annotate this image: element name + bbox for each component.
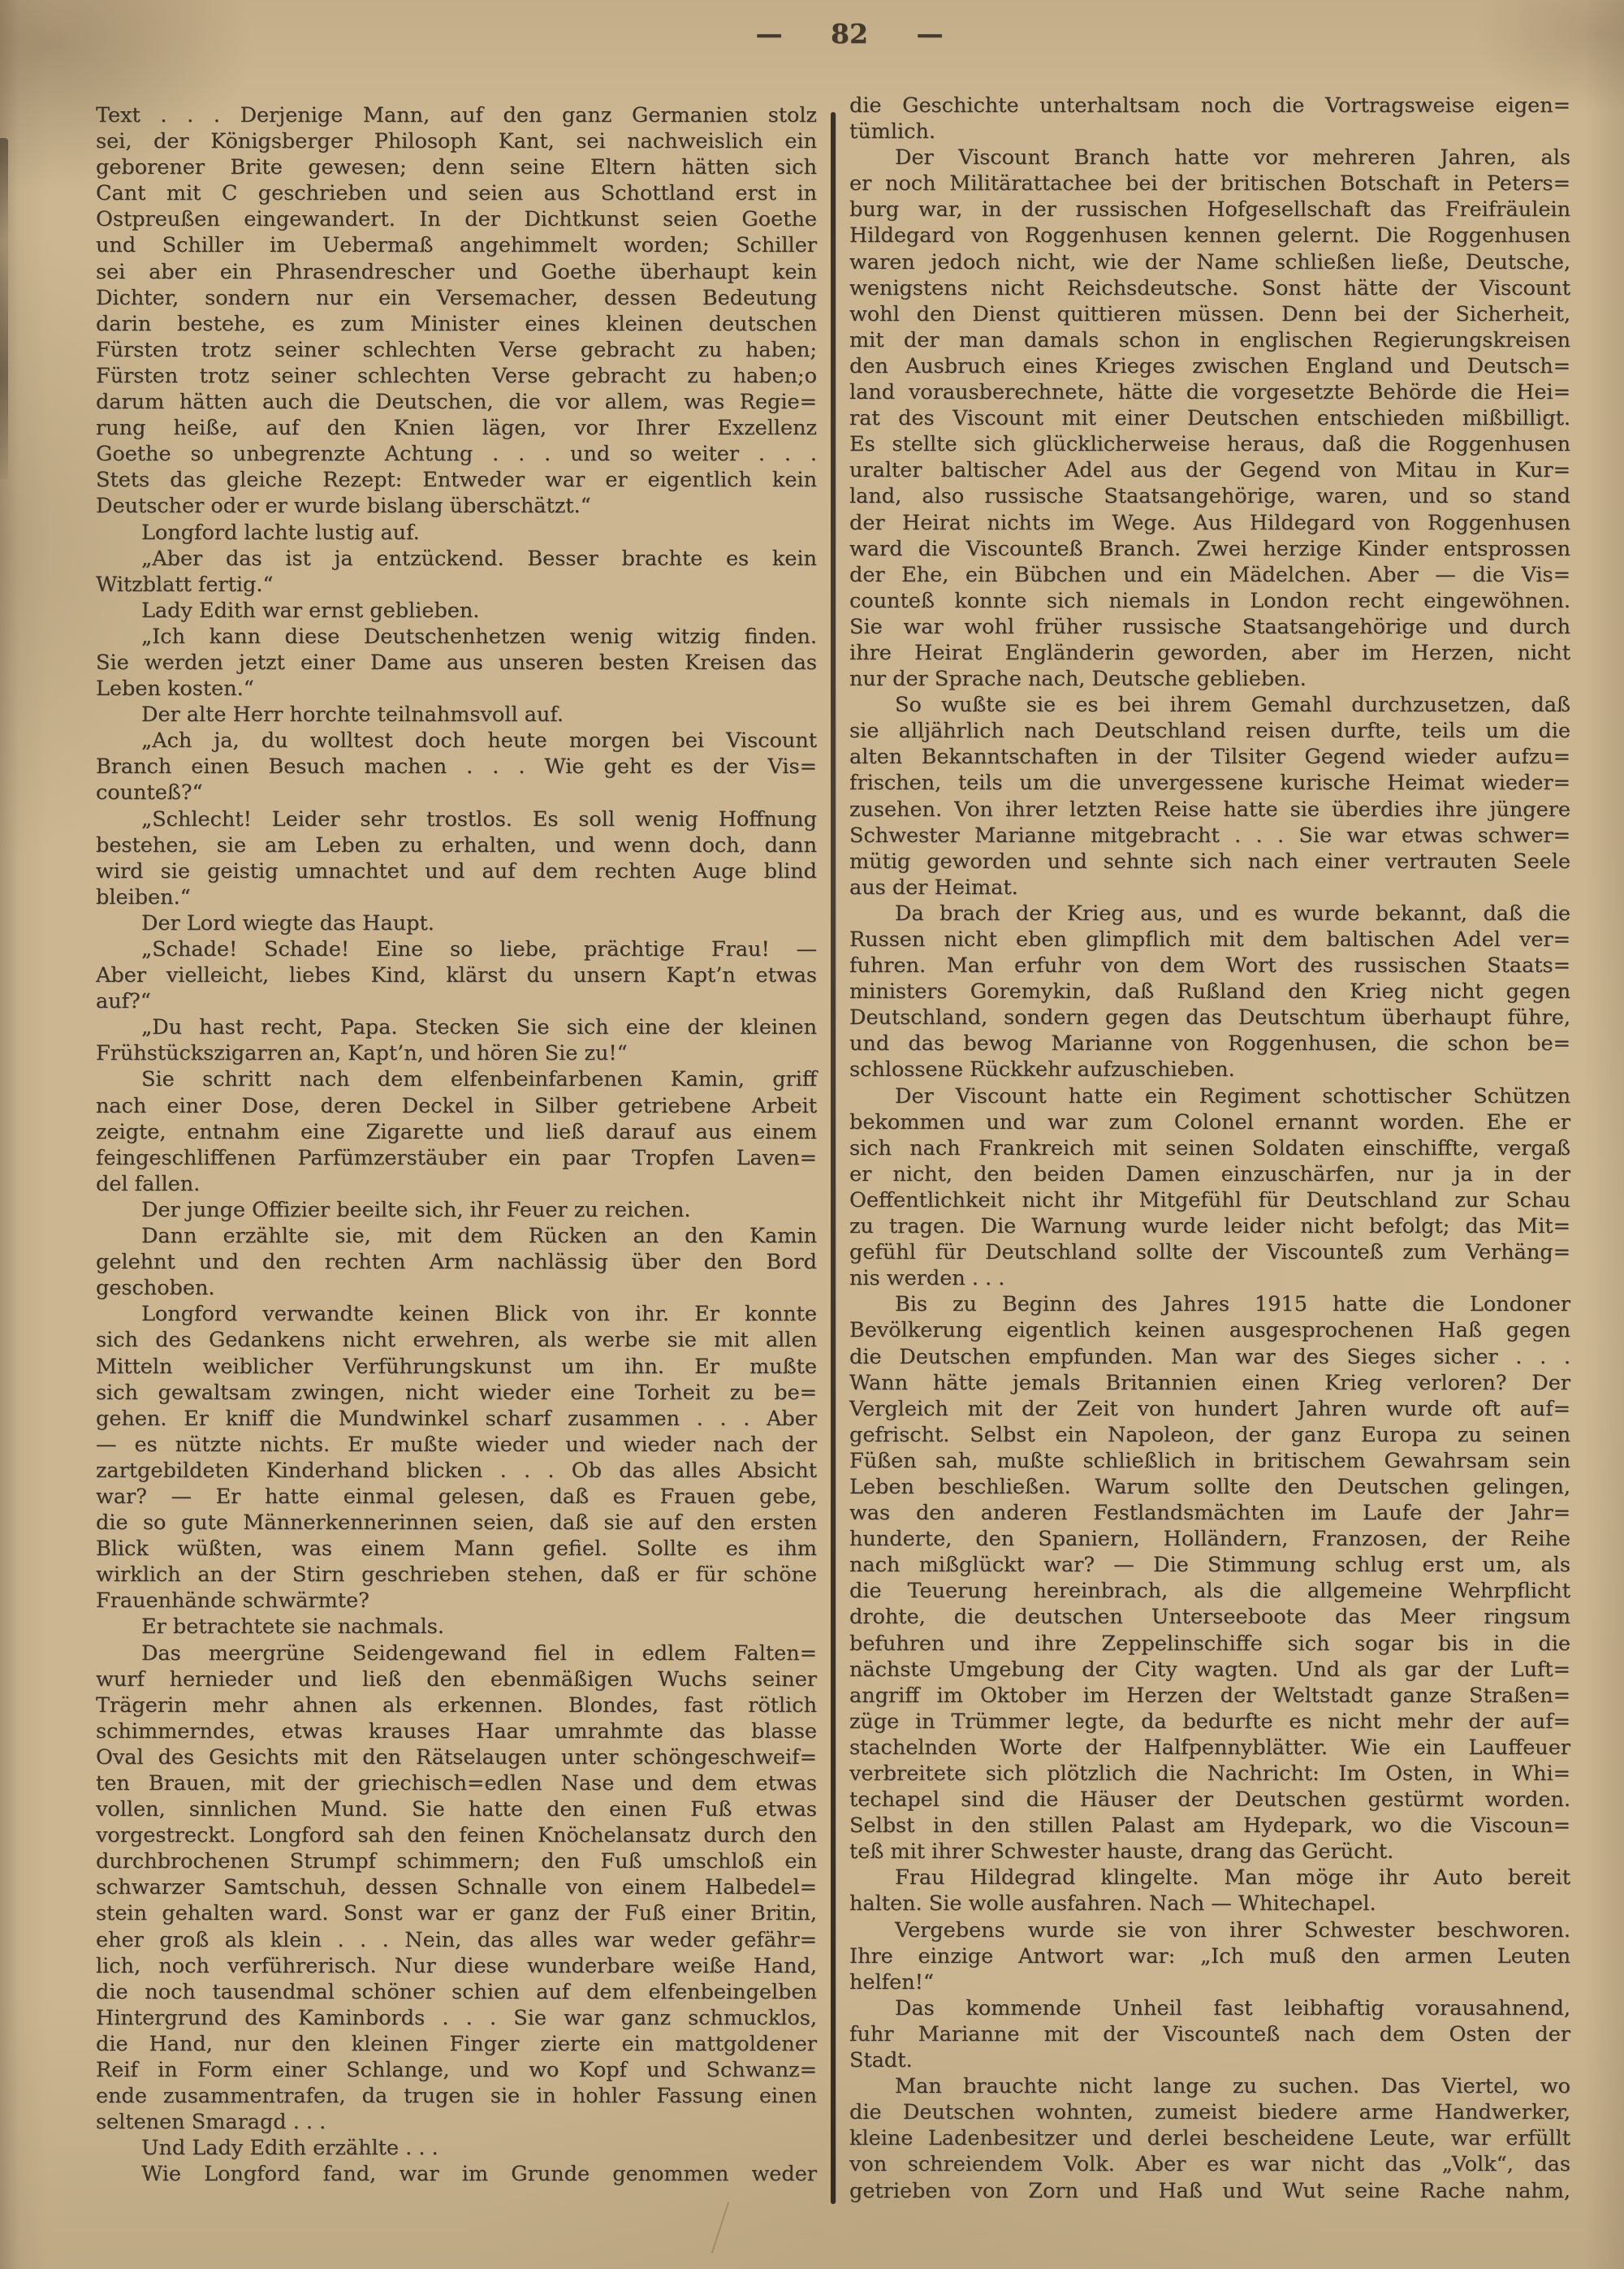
text-line: aus der Heimat. — [849, 875, 1570, 901]
paragraph: Dann erzählte sie, mit dem Rücken an den… — [96, 1223, 817, 1301]
text-line: Vergebens wurde sie von ihrer Schwester … — [849, 1917, 1570, 1943]
text-line: frischen, teils um die unvergessene kuri… — [849, 770, 1570, 796]
text-line: die Deutschen empfunden. Man war des Sie… — [849, 1344, 1570, 1370]
text-line: Aber vielleicht, liebes Kind, klärst du … — [96, 962, 817, 988]
text-line: ward die Viscounteß Branch. Zwei herzige… — [849, 536, 1570, 562]
paragraph: die Geschichte unterhaltsam noch die Vor… — [849, 93, 1570, 145]
paragraph: Text . . . Derjenige Mann, auf den ganz … — [96, 102, 817, 520]
text-line: sie alljährlich nach Deutschland reisen … — [849, 718, 1570, 744]
text-line: der Heirat nichts im Wege. Aus Hildegard… — [849, 510, 1570, 536]
paragraph: Der Viscount Branch hatte vor mehreren J… — [849, 145, 1570, 692]
text-line: zartgebildeten Kinderhand blicken . . . … — [96, 1458, 817, 1484]
text-line: sei aber ein Phrasendrescher und Goethe … — [96, 259, 817, 285]
text-line: stein gehalten ward. Sonst war er ganz d… — [96, 1900, 817, 1926]
book-page: — 82 — Text . . . Derjenige Mann, auf de… — [0, 0, 1624, 2269]
text-line: Stets das gleiche Rezept: Entweder war e… — [96, 467, 817, 493]
text-line: Schwester Marianne mitgebracht . . . Sie… — [849, 823, 1570, 849]
text-line: Hintergrund des Kaminbords . . . Sie war… — [96, 2005, 817, 2031]
text-line: techapel sind die Häuser der Deutschen g… — [849, 1787, 1570, 1813]
text-line: Cant mit C geschrieben und seien aus Sch… — [96, 180, 817, 206]
text-line: ihre Heirat Engländerin geworden, aber i… — [849, 640, 1570, 666]
paragraph: „Schlecht! Leider sehr trostlos. Es soll… — [96, 806, 817, 910]
text-line: bekommen und war zum Colonel ernannt wor… — [849, 1109, 1570, 1135]
text-line: darin bestehe, es zum Minister eines kle… — [96, 311, 817, 337]
text-line: Wie Longford fand, war im Grunde genomme… — [96, 2161, 817, 2187]
paragraph: Der Lord wiegte das Haupt. — [96, 910, 817, 936]
text-line: Vergleich mit der Zeit von hundert Jahre… — [849, 1396, 1570, 1422]
text-line: Ostpreußen eingewandert. In der Dichtkun… — [96, 206, 817, 232]
text-line: feingeschliffenen Parfümzerstäuber ein p… — [96, 1145, 817, 1171]
text-line: nach einer Dose, deren Deckel in Silber … — [96, 1093, 817, 1119]
text-line: Dichter, sondern nur ein Versemacher, de… — [96, 285, 817, 311]
text-line: Der Lord wiegte das Haupt. — [96, 910, 817, 936]
text-line: land vorausberechnete, hätte die vorgese… — [849, 379, 1570, 405]
text-line: Oval des Gesichts mit den Rätselaugen un… — [96, 1744, 817, 1770]
text-line: Fürsten trotz seiner schlechten Verse ge… — [96, 337, 817, 363]
text-line: Deutscher oder er wurde bislang überschä… — [96, 493, 817, 519]
text-column-left: Text . . . Derjenige Mann, auf den ganz … — [96, 102, 817, 2188]
text-line: Der junge Offizier beeilte sich, ihr Feu… — [96, 1197, 817, 1223]
text-line: Es stellte sich glücklicherweise heraus,… — [849, 431, 1570, 457]
text-line: gelehnt und den rechten Arm nachlässig ü… — [96, 1249, 817, 1275]
text-line: „Schlecht! Leider sehr trostlos. Es soll… — [96, 806, 817, 832]
text-line: Branch einen Besuch machen . . . Wie geh… — [96, 754, 817, 780]
text-line: die Geschichte unterhaltsam noch die Vor… — [849, 93, 1570, 119]
text-line: alten Bekanntschaften in der Tilsiter Ge… — [849, 744, 1570, 770]
paragraph: Sie schritt nach dem elfenbeinfarbenen K… — [96, 1066, 817, 1196]
text-line: und das bewog Marianne von Roggenhusen, … — [849, 1031, 1570, 1057]
text-line: Frauenhände schwärmte? — [96, 1588, 817, 1614]
paragraph: Man brauchte nicht lange zu suchen. Das … — [849, 2073, 1570, 2203]
text-line: bleiben.“ — [96, 884, 817, 910]
text-line: Sie werden jetzt einer Dame aus unseren … — [96, 650, 817, 676]
text-line: die so gute Männerkennerinnen seien, daß… — [96, 1510, 817, 1536]
text-line: Der Viscount hatte ein Regiment schottis… — [849, 1083, 1570, 1109]
text-line: Leben kosten.“ — [96, 676, 817, 702]
paragraph: „Du hast recht, Papa. Stecken Sie sich e… — [96, 1014, 817, 1066]
text-line: schimmerndes, etwas krauses Haar umrahmt… — [96, 1718, 817, 1744]
text-line: vollen, sinnlichen Mund. Sie hatte den e… — [96, 1796, 817, 1822]
text-line: Stadt. — [849, 2047, 1570, 2073]
text-line: stachelnden Worte der Halfpennyblätter. … — [849, 1735, 1570, 1761]
text-line: wohl den Dienst quittieren müssen. Denn … — [849, 301, 1570, 327]
text-line: counteß?“ — [96, 780, 817, 806]
text-line: — es nützte nichts. Er mußte wieder und … — [96, 1432, 817, 1458]
text-line: lich, noch verführerisch. Nur diese wund… — [96, 1953, 817, 1979]
text-line: Der Viscount Branch hatte vor mehreren J… — [849, 145, 1570, 171]
text-line: waren jedoch nicht, wie der Name schließ… — [849, 249, 1570, 275]
text-line: drohte, die deutschen Unterseeboote das … — [849, 1604, 1570, 1630]
text-line: „Du hast recht, Papa. Stecken Sie sich e… — [96, 1014, 817, 1040]
text-line: Deutschland, sondern gegen das Deutschtu… — [849, 1005, 1570, 1031]
text-line: ministers Goremykin, daß Rußland den Kri… — [849, 979, 1570, 1005]
text-line: uralter baltischer Adel aus der Gegend v… — [849, 457, 1570, 483]
paragraph: Lady Edith war ernst geblieben. — [96, 598, 817, 624]
text-line: Wann hätte jemals Britannien einen Krieg… — [849, 1370, 1570, 1396]
text-line: Trägerin mehr ahnen als erkennen. Blonde… — [96, 1692, 817, 1718]
text-line: zeigte, entnahm eine Zigarette und ließ … — [96, 1119, 817, 1145]
text-line: schwarzer Samtschuh, dessen Schnalle von… — [96, 1874, 817, 1900]
text-line: burg war, in der russischen Hofgesellsch… — [849, 197, 1570, 223]
text-line: gefrischt. Selbst ein Napoleon, der ganz… — [849, 1422, 1570, 1448]
text-line: nächste Umgebung der City wagten. Und al… — [849, 1657, 1570, 1683]
text-line: Er betrachtete sie nachmals. — [96, 1614, 817, 1640]
paragraph: „Schade! Schade! Eine so liebe, prächtig… — [96, 936, 817, 1014]
text-line: sich des Gedankens nicht erwehren, als w… — [96, 1327, 817, 1353]
paragraph: Das meergrüne Seidengewand fiel in edlem… — [96, 1640, 817, 2136]
text-line: auf?“ — [96, 988, 817, 1014]
text-line: halten. Sie wolle ausfahren. Nach — Whit… — [849, 1891, 1570, 1917]
text-line: vorgestreckt. Longford sah den feinen Kn… — [96, 1822, 817, 1848]
paragraph: Wie Longford fand, war im Grunde genomme… — [96, 2161, 817, 2187]
paragraph: Er betrachtete sie nachmals. — [96, 1614, 817, 1640]
text-line: Bis zu Beginn des Jahres 1915 hatte die … — [849, 1291, 1570, 1317]
text-line: er noch Militärattachee bei der britisch… — [849, 171, 1570, 197]
text-line: gefühl für Deutschland sollte der Viscou… — [849, 1239, 1570, 1265]
text-line: mütig geworden und sehnte sich nach eine… — [849, 849, 1570, 875]
text-line: Text . . . Derjenige Mann, auf den ganz … — [96, 102, 817, 128]
paragraph: Da brach der Krieg aus, und es wurde bek… — [849, 901, 1570, 1083]
text-line: fuhren. Man erfuhr von dem Wort des russ… — [849, 953, 1570, 979]
text-line: Und Lady Edith erzählte . . . — [96, 2135, 817, 2161]
text-line: angriff im Oktober im Herzen der Weltsta… — [849, 1683, 1570, 1709]
text-line: „Ich kann diese Deutschenhetzen wenig wi… — [96, 624, 817, 650]
text-line: getrieben von Zorn und Haß und Wut seine… — [849, 2178, 1570, 2204]
text-line: wurf hernieder und ließ den ebenmäßigen … — [96, 1666, 817, 1692]
paragraph: Der junge Offizier beeilte sich, ihr Feu… — [96, 1197, 817, 1223]
text-line: nur der Sprache nach, Deutsche geblieben… — [849, 666, 1570, 692]
column-divider-rule — [831, 112, 836, 2204]
text-line: rat des Viscount mit einer Deutschen ent… — [849, 405, 1570, 431]
text-line: den Ausbruch eines Krieges zwischen Engl… — [849, 353, 1570, 379]
text-line: er nicht, den beiden Damen einzuschärfen… — [849, 1161, 1570, 1187]
text-line: eher groß als klein . . . Nein, das alle… — [96, 1927, 817, 1953]
text-line: land, also russische Staatsangehörige, w… — [849, 483, 1570, 509]
text-line: Bevölkerung eigentlich keinen ausgesproc… — [849, 1317, 1570, 1343]
paragraph: Vergebens wurde sie von ihrer Schwester … — [849, 1917, 1570, 1995]
text-line: Frühstückszigarren an, Kapt’n, und hören… — [96, 1040, 817, 1066]
text-line: Der alte Herr horchte teilnahmsvoll auf. — [96, 702, 817, 728]
text-line: rung heiße, auf den Knien lägen, vor Ihr… — [96, 415, 817, 441]
text-line: Man brauchte nicht lange zu suchen. Das … — [849, 2073, 1570, 2099]
text-line: Oeffentlichkeit nicht ihr Mitgefühl für … — [849, 1187, 1570, 1213]
text-line: durchbrochenen Strumpf schimmern; den Fu… — [96, 1848, 817, 1874]
text-line: Frau Hildegrad klingelte. Man möge ihr A… — [849, 1865, 1570, 1891]
paragraph: „Ach ja, du wolltest doch heute morgen b… — [96, 728, 817, 806]
text-line: sei, der Königsberger Philosoph Kant, se… — [96, 128, 817, 154]
text-line: Füßen sah, mußte schließlich in britisch… — [849, 1448, 1570, 1474]
text-line: Mitteln weiblicher Verführungskunst um i… — [96, 1354, 817, 1380]
text-line: die Deutschen wohnten, zumeist biedere a… — [849, 2099, 1570, 2125]
text-line: darum hätten auch die Deutschen, die vor… — [96, 389, 817, 415]
text-line: „Schade! Schade! Eine so liebe, prächtig… — [96, 936, 817, 962]
paragraph: Frau Hildegrad klingelte. Man möge ihr A… — [849, 1865, 1570, 1917]
paragraph: So wußte sie es bei ihrem Gemahl durchzu… — [849, 692, 1570, 901]
text-line: von schreiendem Volk. Aber es war nicht … — [849, 2151, 1570, 2177]
paper-crease — [711, 2202, 729, 2253]
text-line: der Ehe, ein Bübchen und ein Mädelchen. … — [849, 562, 1570, 588]
text-line: und Schiller im Uebermaß angehimmelt wor… — [96, 232, 817, 258]
text-line: was den anderen Festlandsmächten im Lauf… — [849, 1500, 1570, 1526]
text-line: Leben beschließen. Warum sollte den Deut… — [849, 1474, 1570, 1500]
text-line: „Ach ja, du wolltest doch heute morgen b… — [96, 728, 817, 754]
text-line: die noch tausendmal schöner schien auf d… — [96, 1979, 817, 2005]
text-line: geschoben. — [96, 1275, 817, 1301]
paragraph: „Ich kann diese Deutschenhetzen wenig wi… — [96, 624, 817, 702]
page-header: — 82 — — [0, 18, 1624, 50]
text-line: war? — Er hatte einmal gelesen, daß es F… — [96, 1484, 817, 1510]
text-line: die Hand, nur den kleinen Finger zierte … — [96, 2031, 817, 2057]
text-line: helfen!“ — [849, 1969, 1570, 1995]
text-line: verbreitete sich plötzlich die Nachricht… — [849, 1761, 1570, 1787]
text-line: counteß konnte sich niemals in London re… — [849, 588, 1570, 614]
text-line: Witzblatt fertig.“ — [96, 572, 817, 598]
text-line: wirklich an der Stirn geschrieben stehen… — [96, 1562, 817, 1588]
paragraph: Der alte Herr horchte teilnahmsvoll auf. — [96, 702, 817, 728]
text-line: Das meergrüne Seidengewand fiel in edlem… — [96, 1640, 817, 1666]
text-line: ten Brauen, mit der griechisch=edlen Nas… — [96, 1770, 817, 1796]
text-line: mit der man damals schon in englischen R… — [849, 327, 1570, 353]
paragraph: Longford lachte lustig auf. — [96, 520, 817, 546]
text-line: teß mit ihrer Schwester hauste, drang da… — [849, 1839, 1570, 1865]
paragraph: Bis zu Beginn des Jahres 1915 hatte die … — [849, 1291, 1570, 1865]
text-line: Dann erzählte sie, mit dem Rücken an den… — [96, 1223, 817, 1249]
paragraph: „Aber das ist ja entzückend. Besser brac… — [96, 546, 817, 598]
text-line: Blick wüßten, was einem Mann gefiel. Sol… — [96, 1536, 817, 1562]
text-line: fuhr Marianne mit der Viscounteß nach de… — [849, 2021, 1570, 2047]
text-line: Da brach der Krieg aus, und es wurde bek… — [849, 901, 1570, 927]
scan-edge-shadow — [0, 138, 8, 479]
text-line: tümlich. — [849, 119, 1570, 145]
text-line: züge in Trümmer legte, da bedurfte es ni… — [849, 1709, 1570, 1735]
text-line: kleine Ladenbesitzer und derlei bescheid… — [849, 2125, 1570, 2151]
text-line: „Aber das ist ja entzückend. Besser brac… — [96, 546, 817, 572]
text-line: zusehen. Von ihrer letzten Reise hatte s… — [849, 797, 1570, 823]
text-line: del fallen. — [96, 1171, 817, 1197]
text-line: Selbst in den stillen Palast am Hydepark… — [849, 1813, 1570, 1839]
text-line: nach mißglückt war? — Die Stimmung schlu… — [849, 1552, 1570, 1578]
text-line: seltenen Smaragd . . . — [96, 2109, 817, 2135]
text-line: die Teuerung hereinbrach, als die allgem… — [849, 1578, 1570, 1604]
text-line: Sie schritt nach dem elfenbeinfarbenen K… — [96, 1066, 817, 1092]
text-line: sich nach Frankreich mit seinen Soldaten… — [849, 1135, 1570, 1161]
text-line: Ihre einzige Antwort war: „Ich muß den a… — [849, 1943, 1570, 1969]
text-line: Russen nicht eben glimpflich mit dem bal… — [849, 927, 1570, 953]
text-line: Hildegard von Roggenhusen kennen gelernt… — [849, 223, 1570, 249]
text-line: Das kommende Unheil fast leibhaftig vora… — [849, 1995, 1570, 2021]
text-line: wird sie geistig umnachtet und auf dem r… — [96, 858, 817, 884]
text-line: geborener Brite gewesen; denn seine Elte… — [96, 154, 817, 180]
text-column-right: die Geschichte unterhaltsam noch die Vor… — [849, 93, 1570, 2204]
text-line: Sie war wohl früher russische Staatsange… — [849, 614, 1570, 640]
text-line: sich gewaltsam zwingen, nicht wieder ein… — [96, 1380, 817, 1406]
paragraph: Und Lady Edith erzählte . . . — [96, 2135, 817, 2161]
paragraph: Der Viscount hatte ein Regiment schottis… — [849, 1083, 1570, 1292]
page-number: — 82 — — [756, 18, 944, 50]
text-line: ende zusammentrafen, da trugen sie in ho… — [96, 2083, 817, 2109]
text-line: befuhren und ihre Zeppelinschiffe sich s… — [849, 1631, 1570, 1657]
text-line: Longford lachte lustig auf. — [96, 520, 817, 546]
paragraph: Das kommende Unheil fast leibhaftig vora… — [849, 1995, 1570, 2073]
text-line: Reif in Form einer Schlange, und wo Kopf… — [96, 2057, 817, 2083]
text-line: gehen. Er kniff die Mundwinkel scharf zu… — [96, 1406, 817, 1432]
paragraph: Longford verwandte keinen Blick von ihr.… — [96, 1301, 817, 1614]
text-line: hunderte, den Spaniern, Holländern, Fran… — [849, 1526, 1570, 1552]
text-line: Fürsten trotz seiner schlechten Verse ge… — [96, 363, 817, 389]
text-line: Goethe so unbegrenzte Achtung . . . und … — [96, 441, 817, 467]
text-line: wenigstens nicht Reichsdeutsche. Sonst h… — [849, 275, 1570, 301]
text-line: So wußte sie es bei ihrem Gemahl durchzu… — [849, 692, 1570, 718]
text-line: schlossene Rückkehr aufzuschieben. — [849, 1057, 1570, 1083]
text-line: nis werden . . . — [849, 1265, 1570, 1291]
text-line: Lady Edith war ernst geblieben. — [96, 598, 817, 624]
text-line: Longford verwandte keinen Blick von ihr.… — [96, 1301, 817, 1327]
text-line: zu tragen. Die Warnung wurde leider nich… — [849, 1213, 1570, 1239]
text-line: bestehen, sie am Leben zu erhalten, und … — [96, 832, 817, 858]
